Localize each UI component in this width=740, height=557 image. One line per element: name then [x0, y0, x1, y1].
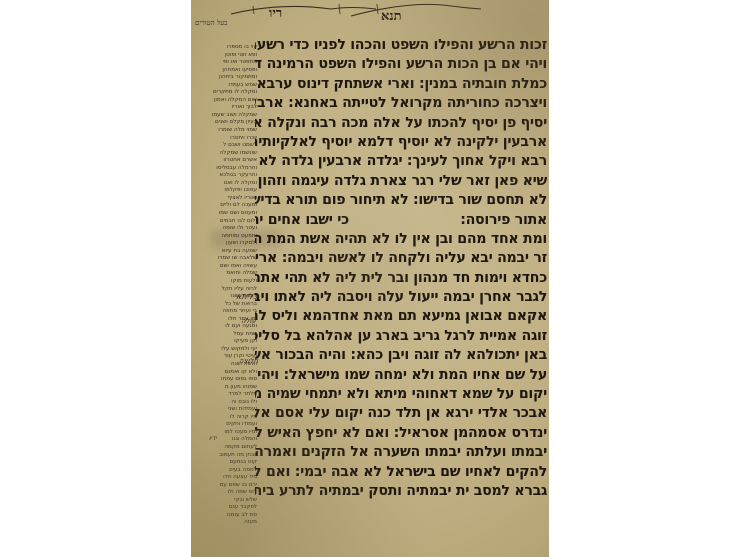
margin-line: יובחן מה תעמוב: [199, 452, 257, 460]
text-line: ארבעין ילקינה לא יוסיף דלמא יוסיף לאלקיו…: [255, 133, 547, 152]
text-line: אתור פירוסה: כי ישבו אחים יחדו: [255, 211, 547, 230]
text-line: יבמתו ועלתה יבמתו השערה אל הזקנים ואמרה …: [255, 443, 547, 462]
margin-line: שמוהו מעון מ: [199, 384, 257, 392]
margin-line: קוט בגמעם: [199, 459, 257, 467]
margin-line: וחרמלה עבסליסו: [199, 165, 257, 173]
margin-line: ומעטם ושם שמו: [199, 210, 257, 218]
margin-line: ופסיעו ואמחהן: [199, 67, 257, 75]
margin-line: ומעכה לם וליים: [199, 202, 257, 210]
margin-line: ומקלה לו מתקרים: [199, 89, 257, 97]
margin-line: ופא זוטי ופוטן: [199, 52, 257, 60]
running-title-right: תנא: [381, 8, 402, 24]
decorative-flourish-icon: [191, 0, 549, 34]
margin-line: והמלה וגנו: [199, 436, 257, 444]
margin-line: שמוי מלה שומרו: [199, 127, 257, 135]
margin-line: ולמקרו ושעון: [199, 240, 257, 248]
margin-note: כליתא: [236, 292, 257, 301]
margin-line: בעיון מקלם ושנים: [199, 119, 257, 127]
margin-line: לוס שמה ולו: [199, 489, 257, 497]
margin-line: ותפעם ומוחמה: [199, 233, 257, 241]
margin-line: בי ועחר מחוזה: [199, 308, 257, 316]
margin-line: יוכרו ויחטרו: [199, 135, 257, 143]
text-line: ומת אחד מהם ובן אין לו לא תהיה אשת המת ה…: [255, 230, 547, 249]
margin-line: שום המקלה ואמון: [199, 97, 257, 105]
margin-line: ועמודו וחקים: [199, 421, 257, 429]
text-line: ויהי אם בן הכות הרשע והפילו השפט הרמינה …: [255, 55, 547, 74]
text-line: כחדא וימות חד מנהון ובר לית ליה לא תהי א…: [255, 269, 547, 288]
margin-line: עוי בו מספרו: [199, 44, 257, 52]
margin-line: ומתמקור ביחהון: [199, 74, 257, 82]
text-line: לא תחסם שור בדישו: לא תיחור פום תורא בדי…: [255, 191, 547, 210]
margin-line: ומקלה לו ואנו: [199, 180, 257, 188]
margin-line: מעזה: [199, 519, 257, 527]
margin-line: שמעה בת עיוא: [199, 248, 257, 256]
margin-line: אשרם אחטרוו: [199, 157, 257, 165]
running-title-left: ריו: [269, 5, 282, 21]
margin-line: שלאבה שו שמרו: [199, 255, 257, 263]
margin-commentary-title: בעל הטורים: [195, 19, 228, 27]
text-line: זכות הרשע והפילו השפט והכהו לפניו כדי רש…: [255, 36, 547, 55]
margin-line: יעי ולמקוש עלו: [199, 346, 257, 354]
text-line: גברא למסב ית יבמתיה ותסק יבמתיה לתרע בית…: [255, 482, 547, 501]
manuscript-page: ריו תנא בעל הטורים עוי בו מספרו ופא זוטי…: [191, 0, 549, 557]
text-line: אבכר אלדי ירגא אן תלד כנה יקום עלי אסם א…: [255, 404, 547, 423]
text-line: זוגה אמיית לרגל גריב בארג ען אהלהא בל סל…: [255, 327, 547, 346]
margin-line: ברואת של כל: [199, 301, 257, 309]
margin-line: שלש ובקי: [199, 497, 257, 505]
margin-note: ידיו: [209, 435, 217, 442]
margin-line: ועטר ולו שומה: [199, 225, 257, 233]
margin-line: שונשמו שמקלה: [199, 150, 257, 158]
text-line: רבא ויקל אחוך לעינך: יגלדה ארבעין גלדה ל…: [255, 152, 547, 171]
margin-line: לבוך ואוריו: [199, 104, 257, 112]
margin-line: ואוריו לאציף: [199, 195, 257, 203]
main-text-column: זכות הרשע והפילו השפט והכהו לפניו כדי רש…: [255, 36, 547, 501]
margin-commentary: עוי בו מספרו ופא זוטי ופוטן מתפטר ואו ופ…: [199, 44, 257, 527]
text-line: לגבר אחרן יבמה ייעול עלה ויסבה ליה לאתו …: [255, 288, 547, 307]
margin-note: עולה: [241, 317, 256, 325]
text-line: זר יבמה יבא עליה ולקחה לו לאשה ויבמה: אר…: [255, 249, 547, 268]
margin-line: לממה בעים: [199, 467, 257, 475]
margin-line: ירם בנ שפם עמ: [199, 482, 257, 490]
margin-line: לשמנו ושבם ל: [199, 142, 257, 150]
page-header: ריו תנא בעל הטורים: [191, 0, 549, 34]
margin-line: סמ לב עומנו: [199, 512, 257, 520]
margin-line: ולום לבו חבמים: [199, 218, 257, 226]
margin-line: ולו גובס וה: [199, 399, 257, 407]
text-line: על שם אחיו המת ולא ימחה שמו מישראל: ויהי…: [255, 366, 547, 385]
margin-line: מיו קרוה לו: [199, 414, 257, 422]
text-line: ינדרס אסמהמן אסראיל: ואם לא יחפץ האיש לק…: [255, 424, 547, 443]
margin-line: שמלה וחואמ: [199, 270, 257, 278]
margin-line: עשויה ואמו ושם: [199, 263, 257, 271]
margin-line: ספו גמוס עמחו: [199, 376, 257, 384]
text-line: שיא פאן זאר שלי רגר צארת גלדה עיגמה וזהו…: [255, 172, 547, 191]
margin-line: וקן מעיקו: [199, 338, 257, 346]
margin-line: שמקלה ושוב שעמו: [199, 112, 257, 120]
text-line: יקום על שמא דאחוהי מיתא ולא יתמחי שמיה מ…: [255, 385, 547, 404]
text-line: יסיף פן יסיף להכתו על אלה מכה רבה ונקלה …: [255, 114, 547, 133]
margin-line: ולעות מוקו: [199, 278, 257, 286]
text-line: להקים לאחיו שם בישראל לא אבה יבמי: ואם ל…: [255, 463, 547, 482]
margin-line: ולא קו ואמנם: [199, 369, 257, 377]
margin-line: מלתר למרד: [199, 391, 257, 399]
margin-line: לפקבד ענם: [199, 504, 257, 512]
margin-line: מתפטר ואו ופי: [199, 59, 257, 67]
text-line: ויצרכה כחוריתה מקרואל לטייתה באחנא: ארבע…: [255, 94, 547, 113]
margin-line: ועמידות ושני: [199, 406, 257, 414]
margin-line: שמח עמל: [199, 331, 257, 339]
margin-line: וחרעקר בגולכא: [199, 172, 257, 180]
text-line: באן יתכולהא לה זוגה ויבן כהא: והיה הבכור…: [255, 346, 547, 365]
text-line: כמלת חובתיה במנין: וארי אשתחק דינוס ערבא…: [255, 75, 547, 94]
margin-line: שמש בעמדו: [199, 82, 257, 90]
text-line: אקאם אבואן גמיעא תם מאת אחדהמא וליס לה ו…: [255, 307, 547, 326]
margin-line: עמוכו ופקלמו: [199, 187, 257, 195]
margin-line: מיד עצעה חדו: [199, 474, 257, 482]
margin-line: לעתום מקמה: [199, 444, 257, 452]
margin-line: ומיו מעטו למו: [199, 429, 257, 437]
